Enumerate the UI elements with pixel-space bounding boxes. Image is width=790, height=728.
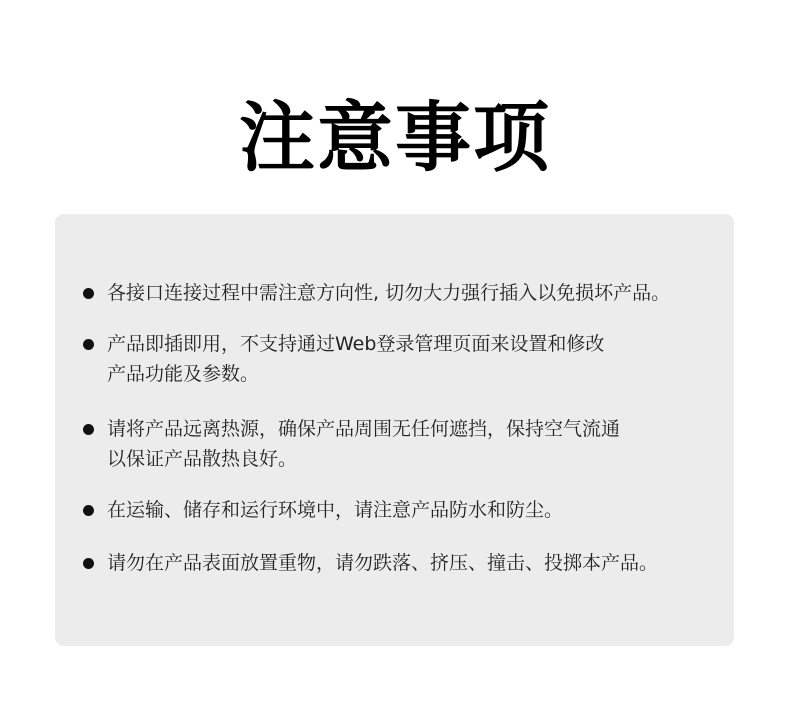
page-title: 注意事项 bbox=[0, 88, 790, 188]
note-item: 请勿在产品表面放置重物，请勿跌落、挤压、撞击、投掷本产品。 bbox=[107, 548, 726, 578]
note-item: 请将产品远离热源，确保产品周围无任何遮挡，保持空气流通 以保证产品散热良好。 bbox=[107, 414, 726, 474]
note-text: 产品即插即用，不支持通过Web登录管理页面来设置和修改 bbox=[107, 329, 726, 359]
bullet-icon bbox=[83, 505, 94, 516]
note-text: 各接口连接过程中需注意方向性, 切勿大力强行插入以免损坏产品。 bbox=[107, 278, 726, 308]
note-text: 请将产品远离热源，确保产品周围无任何遮挡，保持空气流通 bbox=[107, 414, 726, 444]
note-text: 以保证产品散热良好。 bbox=[107, 444, 726, 474]
note-item: 在运输、储存和运行环境中，请注意产品防水和防尘。 bbox=[107, 495, 726, 525]
bullet-icon bbox=[83, 558, 94, 569]
note-text: 在运输、储存和运行环境中，请注意产品防水和防尘。 bbox=[107, 495, 726, 525]
note-item: 各接口连接过程中需注意方向性, 切勿大力强行插入以免损坏产品。 bbox=[107, 278, 726, 308]
note-item: 产品即插即用，不支持通过Web登录管理页面来设置和修改 产品功能及参数。 bbox=[107, 329, 726, 389]
notes-card: 各接口连接过程中需注意方向性, 切勿大力强行插入以免损坏产品。 产品即插即用，不… bbox=[55, 214, 734, 646]
bullet-icon bbox=[83, 424, 94, 435]
note-text: 请勿在产品表面放置重物，请勿跌落、挤压、撞击、投掷本产品。 bbox=[107, 548, 726, 578]
note-text: 产品功能及参数。 bbox=[107, 359, 726, 389]
bullet-icon bbox=[83, 288, 94, 299]
bullet-icon bbox=[83, 339, 94, 350]
